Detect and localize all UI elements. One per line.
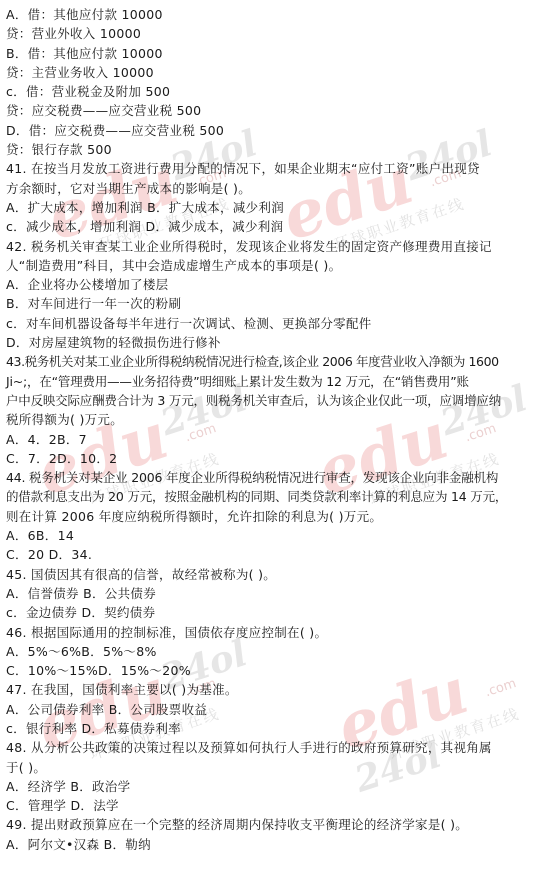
option-line: 贷：银行存款 500 — [6, 140, 531, 159]
option-line: c．金边债券 D．契约债券 — [6, 603, 531, 622]
option-line: c．减少成本，增加利润 D．减少成本，减少利润 — [6, 217, 531, 236]
option-line: C．管理学 D．法学 — [6, 796, 531, 815]
option-line: A．5%～6%B．5%～8% — [6, 642, 531, 661]
option-line: D．借：应交税费——应交营业税 500 — [6, 121, 531, 140]
option-line: D．对房屋建筑物的轻微损伤进行修补 — [6, 333, 531, 352]
question-42-cont: 人“制造费用”科目，其中会造成虚增生产成本的事项是( )。 — [6, 256, 531, 275]
option-line: c．银行利率 D．私募债券利率 — [6, 719, 531, 738]
question-43-cont: 户中反映交际应酬费合计为 3 万元，则税务机关审查后，认为该企业仅此一项，应调增… — [6, 391, 531, 410]
option-line: B．对车间进行一年一次的粉刷 — [6, 294, 531, 313]
option-line: A．信誉债券 B．公共债券 — [6, 584, 531, 603]
question-44-cont: 则在计算 2006 年度应纳税所得额时，允许扣除的利息为( )万元。 — [6, 507, 531, 526]
option-line: C．10%～15%D．15%～20% — [6, 661, 531, 680]
option-line: 贷：主营业务收入 10000 — [6, 63, 531, 82]
question-41: 41. 在按当月发放工资进行费用分配的情况下，如果企业期末“应付工资”账户出现贷 — [6, 159, 531, 178]
option-line: A．扩大成本，增加利润 B．扩大成本，减少利润 — [6, 198, 531, 217]
question-44: 44. 税务机关对某企业 2006 年度企业所得税纳税情况进行审查，发现该企业向… — [6, 468, 531, 487]
option-line: C．20 D．34. — [6, 545, 531, 564]
option-line: A．企业将办公楼增加了楼层 — [6, 275, 531, 294]
option-line: 贷：应交税费——应交营业税 500 — [6, 101, 531, 120]
question-43-cont: 税所得额为( )万元。 — [6, 410, 531, 429]
question-48: 48. 从分析公共政策的决策过程以及预算如何执行人手进行的政府预算研究，其视角属 — [6, 738, 531, 757]
question-44-cont: 的借款利息支出为 20 万元，按照金融机构的同期、同类贷款利率计算的利息应为 1… — [6, 487, 531, 506]
question-47: 47. 在我国，国债利率主要以( )为基准。 — [6, 680, 531, 699]
option-line: A．经济学 B．政治学 — [6, 777, 531, 796]
question-43-cont: Ji~;，在“管理费用——业务招待费”明细账上累计发生数为 12 万元，在“销售… — [6, 372, 531, 391]
question-41-cont: 方余额时，它对当期生产成本的影响是( )。 — [6, 179, 531, 198]
option-line: A．阿尔文•汉森 B．勒纳 — [6, 835, 531, 854]
option-line: B．借：其他应付款 10000 — [6, 44, 531, 63]
exam-document: A．借：其他应付款 10000 贷：营业外收入 10000 B．借：其他应付款 … — [6, 5, 531, 854]
option-line: C．7．2D．10．2 — [6, 449, 531, 468]
question-45: 45. 国债因其有很高的信誉，故经常被称为( )。 — [6, 565, 531, 584]
question-48-cont: 于( )。 — [6, 758, 531, 777]
option-line: A．6B．14 — [6, 526, 531, 545]
question-43: 43.税务机关对某工业企业所得税纳税情况进行检查,该企业 2006 年度营业收入… — [6, 352, 531, 371]
question-46: 46. 根据国际通用的控制标准，国债依存度应控制在( )。 — [6, 623, 531, 642]
question-49: 49. 提出财政预算应在一个完整的经济周期内保持收支平衡理论的经济学家是( )。 — [6, 815, 531, 834]
option-line: 贷：营业外收入 10000 — [6, 24, 531, 43]
question-42: 42. 税务机关审查某工业企业所得税时，发现该企业将发生的固定资产修理费用直接记 — [6, 237, 531, 256]
option-line: c．对车间机器设备每半年进行一次调试、检测、更换部分零配件 — [6, 314, 531, 333]
option-line: A．借：其他应付款 10000 — [6, 5, 531, 24]
option-line: A．公司债券利率 B．公司股票收益 — [6, 700, 531, 719]
option-line: A．4．2B．7 — [6, 430, 531, 449]
option-line: c．借：营业税金及附加 500 — [6, 82, 531, 101]
